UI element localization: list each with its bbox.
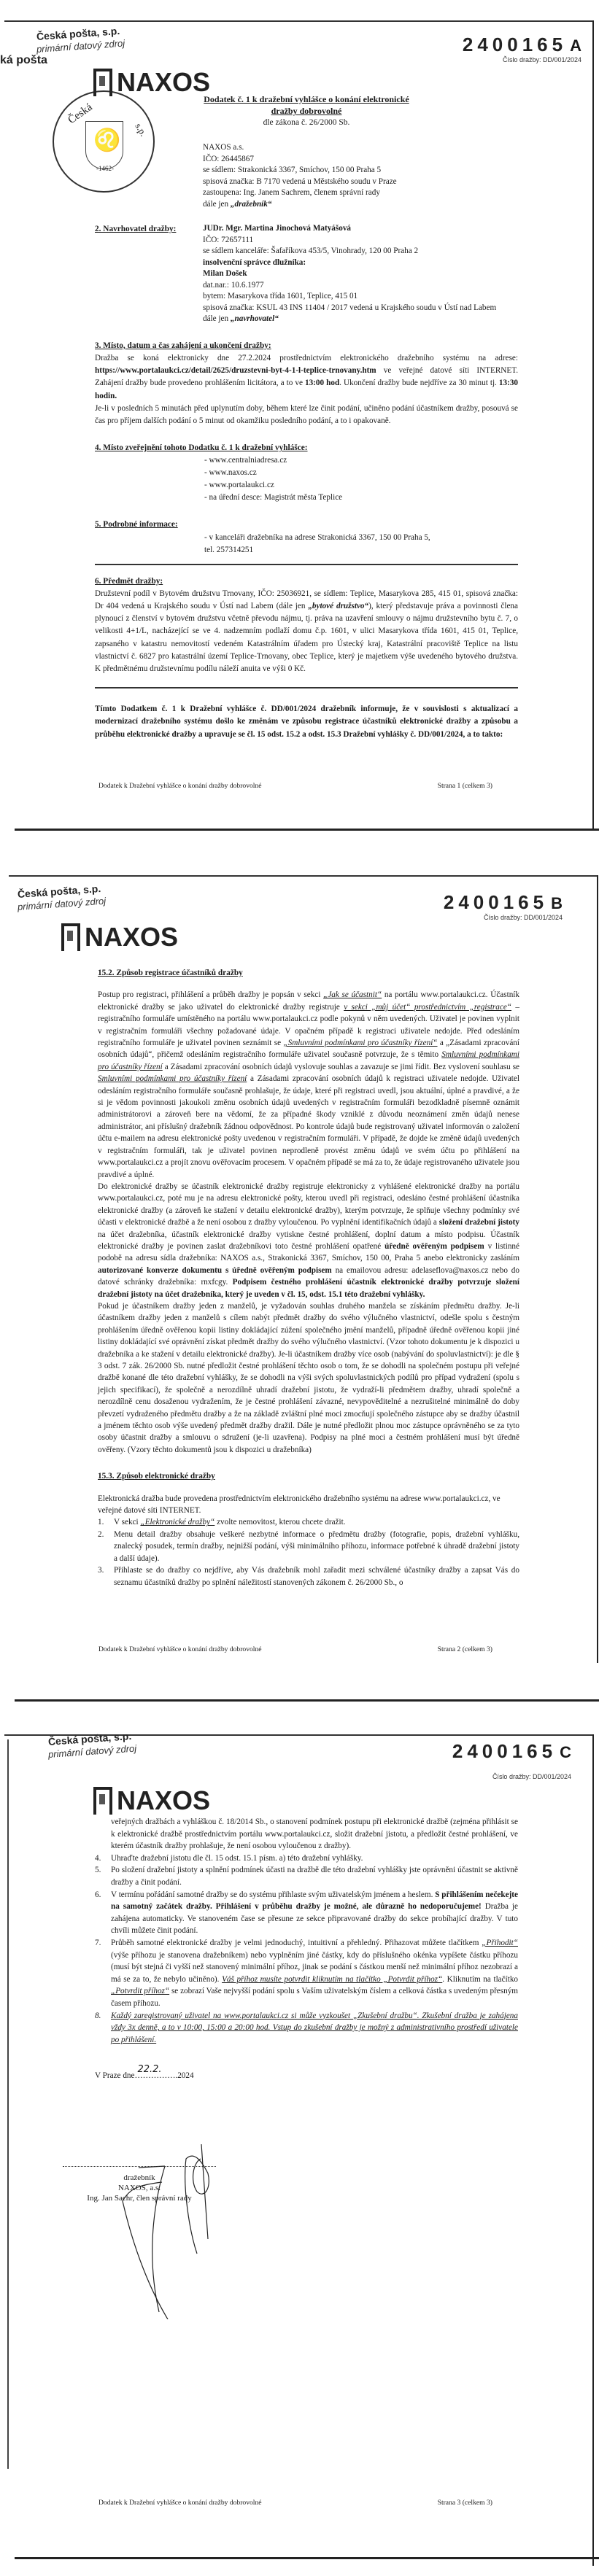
office-address: - v kanceláři dražebníka na adrese Strak… — [204, 532, 518, 544]
insolvency-file-number: spisová značka: KSUL 43 INS 11404 / 2017… — [203, 303, 518, 314]
proposer-label: 2. Navrhovatel dražby: — [95, 223, 203, 325]
list-item: 1. V sekci „Elektronické dražby“ zvolte … — [98, 1516, 519, 1528]
alias-prefix: dále jen — [203, 200, 231, 209]
item-number: 6. — [95, 1889, 111, 1937]
text: V sekci — [114, 1518, 140, 1526]
footer-page-number: Strana 1 (celkem 3) — [438, 782, 492, 790]
document-number: 2400165 — [444, 891, 548, 913]
divider — [95, 564, 518, 565]
text: a Zásadami zpracování osobních údajů k r… — [98, 1074, 519, 1179]
title-line-2: dražby dobrovolné — [271, 106, 342, 116]
auction-url-link[interactable]: https://www.portalaukci.cz/detail/2625/d… — [95, 366, 376, 375]
item-number: 7. — [95, 1937, 111, 2010]
item-text: Průběh samotné elektronické dražby je ve… — [111, 1937, 518, 2010]
publication-list: - www.centralniadresa.cz - www.naxos.cz … — [95, 454, 518, 504]
bid-button-reference[interactable]: „Přihodit“ — [482, 1939, 518, 1947]
publication-item[interactable]: - www.portalaukci.cz — [204, 479, 518, 492]
date-year: 2024 — [177, 2071, 193, 2080]
item-3-continuation: veřejných dražbách a vyhláškou č. 18/201… — [95, 1816, 518, 1853]
page-top-edge — [4, 20, 592, 22]
section-3-heading: 3. Místo, datum a čas zahájení a ukončen… — [95, 340, 518, 352]
bold-text: složení dražební jistoty — [439, 1218, 519, 1227]
text: Postup pro registraci, přihlášení a průb… — [98, 990, 323, 999]
s6-text-b: ), který představuje práva a povinnosti … — [95, 602, 518, 673]
list-item: 7. Průběh samotné elektronické dražby je… — [95, 1937, 518, 2010]
page-2-footer: Dodatek k Dražební vyhlášce o konání dra… — [98, 1645, 492, 1653]
s3-text-a: Dražba se koná elektronicky dne 27.2.202… — [95, 354, 518, 362]
list-item: 5. Po složení dražební jistoty a splnění… — [95, 1864, 518, 1888]
spouse-coowner-paragraph: Pokud je účastníkem dražby jeden z manže… — [98, 1300, 519, 1456]
document-suffix: B — [551, 894, 563, 912]
footer-page-number: Strana 3 (celkem 3) — [438, 2499, 492, 2507]
item-number: 2. — [98, 1529, 114, 1564]
handwritten-date: 22.2. — [137, 2064, 161, 2075]
document-number-block: 2400165C Číslo dražby: DD/001/2024 — [452, 1740, 571, 1780]
terms-link[interactable]: Smluvními podmínkami pro účastníky řízen… — [98, 1074, 247, 1083]
alias-value: „navrhovatel“ — [231, 314, 279, 323]
trial-auction-note[interactable]: Každý zaregistrovaný uživatel na www.por… — [111, 2010, 518, 2047]
naxos-logo-icon — [61, 923, 80, 951]
signatory-block: dražebník NAXOS, a.s. Ing. Jan Sachr, čl… — [63, 2166, 216, 2203]
signature-line — [63, 2166, 216, 2167]
post-stamp-header: Česká pošta, s.p. primární datový zdroj — [18, 888, 106, 912]
confirm-bid-note[interactable]: Váš příhoz musíte potvrdit kliknutím na … — [222, 1975, 442, 1984]
proposer-ico: IČO: 72657111 — [203, 235, 518, 247]
naxos-logo: NAXOS — [61, 922, 178, 953]
steps-list: 1. V sekci „Elektronické dražby“ zvolte … — [98, 1516, 519, 1588]
auction-registration-paragraph: Do elektronické dražby se účastník elekt… — [98, 1181, 519, 1300]
document-number-block: 2400165B Číslo dražby: DD/001/2024 — [444, 891, 563, 921]
proposer-details: JUDr. Mgr. Martina Jinochová Matyášová I… — [203, 223, 518, 325]
item-text: Menu detail dražby obsahuje veškeré nezb… — [114, 1529, 519, 1564]
logo-text: NAXOS — [85, 922, 178, 953]
proposer-name: JUDr. Mgr. Martina Jinochová Matyášová — [203, 223, 518, 235]
auctioneer-name: NAXOS a.s. — [203, 142, 518, 154]
my-account-registration-link[interactable]: v sekci „můj účet“ prostřednictvím „regi… — [344, 1003, 511, 1012]
page-3-bottom-edge — [15, 2557, 599, 2559]
signing-date: V Praze dne…………….22.2.2024 — [95, 2071, 314, 2080]
amendment-notice: Tímto Dodatkem č. 1 k Dražební vyhlášce … — [95, 703, 518, 741]
item-text: Po složení dražební jistoty a splnění po… — [111, 1864, 518, 1888]
page-2-body: 15.2. Způsob registrace účastníků dražby… — [98, 967, 519, 1588]
page-1-body: Dodatek č. 1 k dražební vyhlášce o konán… — [95, 93, 518, 741]
text: zvolte nemovitost, kterou chcete dražit. — [215, 1518, 345, 1526]
place-prefix: V Praze dne — [95, 2071, 134, 2080]
footer-title: Dodatek k Dražební vyhlášce o konání dra… — [98, 1645, 262, 1653]
list-item: 6. V termínu pořádání samotné dražby se … — [95, 1889, 518, 1937]
date-field: …………….22.2. — [134, 2071, 177, 2080]
section-6-paragraph: Družstevní podíl v Bytovém družstvu Trno… — [95, 588, 518, 675]
list-item: 3. Přihlaste se do dražby co nejdříve, a… — [98, 1564, 519, 1588]
alias-value: „dražebník“ — [231, 200, 272, 209]
footer-title: Dodatek k Dražební vyhlášce o konání dra… — [98, 782, 262, 790]
document-suffix: A — [570, 36, 581, 55]
electronic-auctions-link[interactable]: „Elektronické dražby“ — [140, 1518, 215, 1526]
naxos-logo: NAXOS — [93, 1785, 210, 1816]
section-3-paragraph-2: Je-li v posledních 5 minutách před uplyn… — [95, 403, 518, 427]
title-line-1: Dodatek č. 1 k dražební vyhlášce o konán… — [204, 94, 409, 104]
list-item: 4. Uhraďte dražební jistotu dle čl. 15 o… — [95, 1853, 518, 1865]
auctioneer-section: 1. Dražebník: NAXOS a.s. IČO: 26445867 s… — [95, 142, 518, 210]
auctioneer-representative: zastoupena: Ing. Janem Sachrem, členem s… — [203, 187, 518, 199]
section-5-heading: 5. Podrobné informace: — [95, 519, 518, 531]
text: se zobrazí Vaše nejvyšší podání spolu s … — [111, 1987, 518, 2008]
auctioneer-details: NAXOS a.s. IČO: 26445867 se sídlem: Stra… — [203, 142, 518, 210]
terms-link[interactable]: „Smluvními podmínkami pro účastníky říze… — [283, 1039, 437, 1047]
page-1-footer: Dodatek k Dražební vyhlášce o konání dra… — [98, 782, 492, 790]
page-3-footer: Dodatek k Dražební vyhlášce o konání dra… — [98, 2499, 492, 2507]
document-subtitle: dle zákona č. 26/2000 Sb. — [95, 117, 518, 129]
item-number: 5. — [95, 1864, 111, 1888]
post-stamp-header: Česká pošta, s.p. primární datový zdroj — [48, 1736, 136, 1760]
auction-number: Číslo dražby: DD/001/2024 — [444, 914, 563, 921]
page-1-bottom-edge — [15, 829, 599, 831]
section-3-paragraph: Dražba se koná elektronicky dne 27.2.202… — [95, 352, 518, 403]
document-suffix: C — [560, 1743, 571, 1761]
text: Průběh samotné elektronické dražby je ve… — [111, 1939, 482, 1947]
stamp-partial-text: ká pošta — [0, 54, 47, 67]
footer-page-number: Strana 2 (celkem 3) — [438, 1645, 492, 1653]
auction-number: Číslo dražby: DD/001/2024 — [463, 56, 581, 63]
item-number: 4. — [95, 1853, 111, 1865]
section-15-3-heading: 15.3. Způsob elektronické dražby — [98, 1470, 519, 1482]
document-title: Dodatek č. 1 k dražební vyhlášce o konán… — [95, 93, 518, 117]
s3-text-c: . Ukončení dražby bude nejdříve za 30 mi… — [339, 379, 499, 387]
auctioneer-alias: dále jen „dražebník“ — [203, 199, 518, 211]
auctioneer-ico: IČO: 26445867 — [203, 154, 518, 166]
page-2-bottom-edge — [15, 1699, 599, 1702]
electronic-auction-intro: Elektronická dražba bude provedena prost… — [98, 1493, 519, 1517]
signatory-role: dražebník — [63, 2173, 216, 2183]
debtor-name: Milan Došek — [203, 268, 518, 280]
auctioneer-file-number: spisová značka: B 7170 vedená u Městskéh… — [203, 176, 518, 188]
auction-number: Číslo dražby: DD/001/2024 — [452, 1773, 571, 1780]
item-number: 8. — [95, 2010, 111, 2047]
proposer-role: insolvenční správce dlužníka: — [203, 257, 518, 269]
item-text: V termínu pořádání samotné dražby se do … — [111, 1889, 518, 1937]
confirm-bid-button-reference[interactable]: „Potvrdit příhoz“ — [111, 1987, 169, 1995]
page-top-edge — [9, 875, 597, 877]
registration-paragraph: Postup pro registraci, přihlášení a průb… — [98, 989, 519, 1181]
start-time: 13:00 hod — [305, 379, 339, 387]
naxos-logo-icon — [93, 1787, 112, 1815]
page-fold-edge — [7, 1739, 9, 2469]
publication-item: - na úřední desce: Magistrát města Tepli… — [204, 492, 518, 504]
publication-item[interactable]: - www.naxos.cz — [204, 467, 518, 479]
alias-prefix: dále jen — [203, 314, 231, 323]
section-15-2-heading: 15.2. Způsob registrace účastníků dražby — [98, 967, 519, 979]
divider — [95, 687, 518, 688]
document-number-block: 2400165A Číslo dražby: DD/001/2024 — [463, 34, 581, 63]
proposer-address: se sídlem kanceláře: Šafaříkova 453/5, V… — [203, 246, 518, 257]
item-text: Uhraďte dražební jistotu dle čl. 15 odst… — [111, 1853, 363, 1865]
office-phone: tel. 257314251 — [204, 544, 518, 556]
proposer-section: 2. Navrhovatel dražby: JUDr. Mgr. Martin… — [95, 223, 518, 325]
contact-info: - v kanceláři dražebníka na adrese Strak… — [95, 532, 518, 556]
debtor-birthdate: dat.nar.: 10.6.1977 — [203, 280, 518, 292]
signatory-company: NAXOS, a.s. — [63, 2183, 216, 2193]
item-number: 3. — [98, 1564, 114, 1588]
list-item: 8. Každý zaregistrovaný uživatel na www.… — [95, 2010, 518, 2047]
item-text: V sekci „Elektronické dražby“ zvolte nem… — [114, 1516, 346, 1528]
text: V termínu pořádání samotné dražby se do … — [111, 1890, 435, 1899]
page-3-body: veřejných dražbách a vyhláškou č. 18/201… — [95, 1816, 518, 2046]
item-number: 1. — [98, 1516, 114, 1528]
logo-text: NAXOS — [117, 1785, 210, 1816]
proposer-alias: dále jen „navrhovatel“ — [203, 314, 518, 325]
signatory-name: Ing. Jan Sachr, člen správní rady — [63, 2193, 216, 2203]
signature-area: V Praze dne…………….22.2.2024 dražebník NAX… — [95, 2071, 314, 2261]
post-stamp-header: Česká pošta, s.p. primární datový zdroj — [36, 31, 125, 55]
naxos-logo-icon — [93, 69, 112, 96]
handwritten-signature-icon — [66, 2100, 255, 2319]
text: . Kliknutím na tlačítko — [442, 1975, 518, 1984]
debtor-address: bytem: Masarykova třída 1601, Teplice, 4… — [203, 291, 518, 303]
bold-text: autorizované konverze dokumentu s úředně… — [98, 1266, 332, 1275]
section-6-heading: 6. Předmět dražby: — [95, 575, 518, 588]
bold-text: úředně ověřeným podpisem — [384, 1242, 484, 1251]
section-4-heading: 4. Místo zveřejnění tohoto Dodatku č. 1 … — [95, 442, 518, 454]
document-number: 2400165 — [452, 1740, 557, 1762]
item-text: Přihlaste se do dražby co nejdříve, aby … — [114, 1564, 519, 1588]
auctioneer-address: se sídlem: Strakonická 3367, Smíchov, 15… — [203, 165, 518, 176]
s6-alias: „bytové družstvo“ — [308, 602, 368, 610]
publication-item[interactable]: - www.centralniadresa.cz — [204, 454, 518, 467]
list-item: 2. Menu detail dražby obsahuje veškeré n… — [98, 1529, 519, 1564]
footer-title: Dodatek k Dražební vyhlášce o konání dra… — [98, 2499, 262, 2507]
text: a Zásadami zpracování osobních údajů vys… — [163, 1063, 519, 1071]
document-number: 2400165 — [463, 34, 567, 55]
how-to-participate-link[interactable]: „Jak se účastnit“ — [323, 990, 382, 999]
